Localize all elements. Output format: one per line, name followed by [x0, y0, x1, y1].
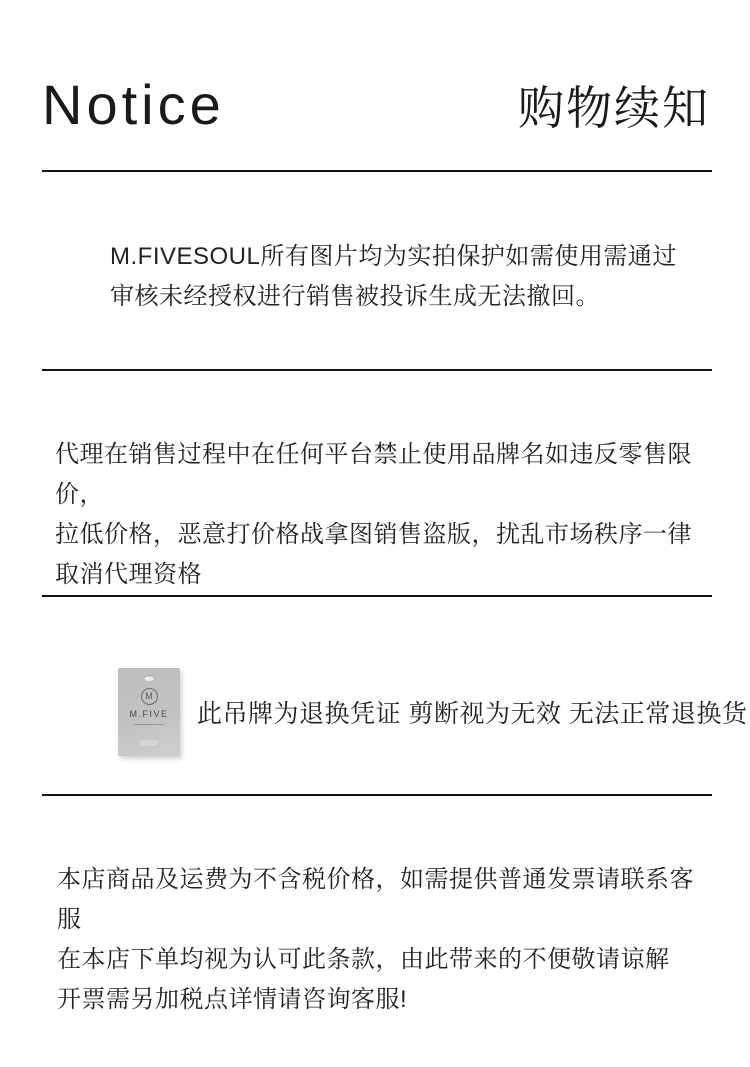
brand-monogram-icon: M — [141, 688, 158, 705]
hangtag-brand-name: M.FIVE — [118, 709, 180, 719]
section-reseller-policy: 代理在销售过程中在任何平台禁止使用品牌名如违反零售限价， 拉低价格，恶意打价格战… — [55, 435, 715, 595]
text-line: 在本店下单均视为认可此条款，由此带来的不便敬请谅解 — [57, 940, 717, 980]
text-line: 代理在销售过程中在任何平台禁止使用品牌名如违反零售限价， — [55, 435, 715, 515]
hangtag-hole — [144, 675, 154, 681]
section-image-rights: M.FIVESOUL所有图片均为实拍保护如需使用需通过 审核未经授权进行销售被投… — [110, 237, 690, 317]
section-tax-invoice-policy: 本店商品及运费为不含税价格，如需提供普通发票请联系客服 在本店下单均视为认可此条… — [57, 860, 717, 1020]
hangtag-bottom-label — [140, 740, 158, 746]
divider-top — [42, 170, 712, 172]
divider-fourth — [42, 794, 712, 796]
text-line: M.FIVESOUL所有图片均为实拍保护如需使用需通过 — [110, 237, 690, 277]
page-header: Notice 购物续知 — [42, 72, 710, 138]
page-title-english: Notice — [42, 72, 225, 137]
text-line: 取消代理资格 — [55, 555, 715, 595]
hangtag-policy-text: 此吊牌为退换凭证 剪断视为无效 无法正常退换货 — [197, 694, 747, 730]
text-line: 开票需另加税点详情请咨询客服! — [57, 980, 717, 1020]
hangtag-subtitle-rule — [134, 724, 164, 725]
divider-third — [42, 595, 712, 597]
page-title-chinese: 购物续知 — [518, 72, 710, 138]
text-line: 本店商品及运费为不含税价格，如需提供普通发票请联系客服 — [57, 860, 717, 940]
notice-page: Notice 购物续知 M.FIVESOUL所有图片均为实拍保护如需使用需通过 … — [0, 0, 750, 1067]
hangtag-image: M M.FIVE — [118, 668, 180, 756]
text-line: 审核未经授权进行销售被投诉生成无法撤回。 — [110, 277, 690, 317]
section-hangtag-policy: M M.FIVE 此吊牌为退换凭证 剪断视为无效 无法正常退换货 — [118, 668, 747, 756]
divider-second — [42, 369, 712, 371]
text-line: 拉低价格，恶意打价格战拿图销售盗版，扰乱市场秩序一律 — [55, 515, 715, 555]
